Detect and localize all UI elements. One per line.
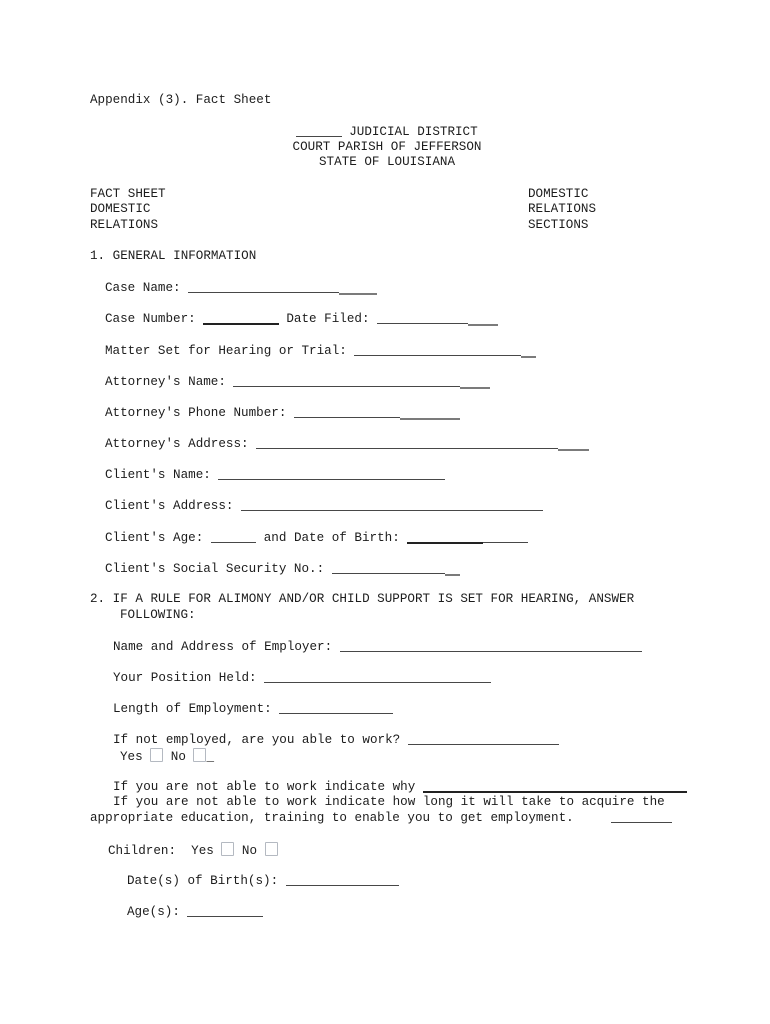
client-age-row-text: and Date of Birth:	[256, 531, 407, 545]
matter-set-line-tail[interactable]	[521, 344, 536, 358]
attorney-phone-row-text: Attorney's Phone Number:	[105, 406, 294, 420]
header-columns-row-2-text: DOMESTIC	[90, 202, 150, 216]
able-yes-checkbox[interactable]	[150, 748, 163, 762]
blank-spacer-row	[90, 857, 684, 873]
matter-set-line[interactable]	[354, 343, 520, 356]
case-number-row-text: Date Filed:	[279, 312, 377, 326]
header-columns-row-1-right: DOMESTIC	[528, 187, 588, 203]
position-row-text: Your Position Held:	[113, 671, 264, 685]
blank-spacer-row	[90, 545, 684, 561]
judicial-district-line-text: JUDICIAL DISTRICT	[342, 125, 478, 139]
client-dob-line[interactable]	[407, 530, 483, 544]
court-parish-line: COURT PARISH OF JEFFERSON	[90, 140, 684, 156]
employer-row-text: Name and Address of Employer:	[113, 640, 340, 654]
client-name-line[interactable]	[218, 467, 445, 480]
header-columns-row-2: DOMESTICRELATIONS	[90, 202, 684, 218]
blank-spacer-row	[90, 327, 684, 343]
date-filed-line[interactable]	[377, 311, 468, 324]
blank-spacer-row	[90, 623, 684, 639]
section-1-heading: 1. GENERAL INFORMATION	[90, 249, 684, 265]
able-to-work-yes-no-row: Yes No _	[90, 748, 684, 764]
blank-spacer-row	[90, 764, 684, 780]
court-parish-line-text: COURT PARISH OF JEFFERSON	[293, 140, 482, 154]
ages-row: Age(s):	[90, 904, 684, 920]
client-age-line[interactable]	[211, 530, 256, 543]
attorney-phone-line-tail[interactable]	[400, 406, 460, 420]
blank-spacer-row	[90, 420, 684, 436]
client-age-row: Client's Age: and Date of Birth:	[90, 530, 684, 546]
blank-spacer-row	[90, 358, 684, 374]
able-to-work-row: If not employed, are you able to work?	[90, 732, 684, 748]
attorney-phone-line[interactable]	[294, 405, 400, 418]
attorney-address-line[interactable]	[256, 436, 558, 449]
case-name-row-text: Case Name:	[105, 281, 188, 295]
employer-line[interactable]	[340, 639, 642, 652]
ages-row-text: Age(s):	[127, 905, 187, 919]
blank-spacer-row	[90, 265, 684, 281]
dates-of-birth-line[interactable]	[286, 873, 399, 886]
case-number-row-text: Case Number:	[105, 312, 203, 326]
dates-of-birth-row-text: Date(s) of Birth(s):	[127, 874, 286, 888]
blank-spacer-row	[90, 826, 684, 842]
header-columns-row-2-right: RELATIONS	[528, 202, 596, 218]
client-ssn-row: Client's Social Security No.:	[90, 561, 684, 577]
employer-row: Name and Address of Employer:	[90, 639, 684, 655]
client-dob-line-tail[interactable]	[483, 530, 528, 543]
date-filed-line-tail[interactable]	[468, 312, 498, 326]
client-address-row: Client's Address:	[90, 498, 684, 514]
header-columns-row-3-text: RELATIONS	[90, 218, 158, 232]
blank-spacer-row	[90, 576, 684, 592]
able-to-work-yes-no-row-text: Yes	[120, 750, 150, 764]
client-address-line[interactable]	[241, 498, 543, 511]
blank-spacer-row	[90, 233, 684, 249]
able-no-checkbox[interactable]	[193, 748, 206, 762]
client-name-row-text: Client's Name:	[105, 468, 218, 482]
state-line: STATE OF LOUISIANA	[90, 155, 684, 171]
client-ssn-line[interactable]	[332, 561, 445, 574]
attorney-address-row-text: Attorney's Address:	[105, 437, 256, 451]
blank-spacer-row	[90, 296, 684, 312]
appendix-title: Appendix (3). Fact Sheet	[90, 93, 684, 109]
children-row-text: No	[234, 844, 264, 858]
appendix-title-text: Appendix (3). Fact Sheet	[90, 93, 271, 107]
attorney-phone-row: Attorney's Phone Number:	[90, 405, 684, 421]
header-columns-row-3: RELATIONSSECTIONS	[90, 218, 684, 234]
section-2-heading-cont-text: FOLLOWING:	[120, 608, 196, 622]
attorney-address-row: Attorney's Address:	[90, 436, 684, 452]
education-time-line[interactable]	[611, 810, 671, 823]
employment-length-row-text: Length of Employment:	[113, 702, 279, 716]
matter-set-row-text: Matter Set for Hearing or Trial:	[105, 344, 354, 358]
education-time-row-text: appropriate education, training to enabl…	[90, 811, 611, 825]
able-to-work-line[interactable]	[408, 732, 559, 745]
attorney-name-line-tail[interactable]	[460, 375, 490, 389]
blank-spacer-row	[90, 686, 684, 702]
blank-spacer-row	[90, 171, 684, 187]
children-row-text: Children: Yes	[108, 844, 221, 858]
not-able-why-line[interactable]	[423, 779, 688, 793]
not-able-how-long-row-text: If you are not able to work indicate how…	[113, 795, 665, 809]
position-line[interactable]	[264, 670, 491, 683]
header-columns-row-3-right: SECTIONS	[528, 218, 588, 234]
not-able-why-row: If you are not able to work indicate why	[90, 779, 684, 795]
case-name-row: Case Name:	[90, 280, 684, 296]
case-name-line-tail[interactable]	[339, 281, 377, 295]
attorney-name-line[interactable]	[233, 374, 460, 387]
able-to-work-yes-no-row-text: No	[163, 750, 193, 764]
attorney-name-row: Attorney's Name:	[90, 374, 684, 390]
client-address-row-text: Client's Address:	[105, 499, 241, 513]
blank-spacer-row	[90, 452, 684, 468]
blank-spacer-row	[90, 717, 684, 733]
section-2-heading-cont: FOLLOWING:	[90, 608, 684, 624]
children-no-checkbox[interactable]	[265, 842, 278, 856]
employment-length-line[interactable]	[279, 701, 392, 714]
case-number-row: Case Number: Date Filed:	[90, 311, 684, 327]
ages-line[interactable]	[187, 904, 263, 917]
client-name-row: Client's Name:	[90, 467, 684, 483]
section-2-heading-text: 2. IF A RULE FOR ALIMONY AND/OR CHILD SU…	[90, 592, 634, 606]
district-number-blank-line[interactable]	[296, 124, 341, 137]
client-age-row-text: Client's Age:	[105, 531, 211, 545]
blank-spacer-row	[90, 514, 684, 530]
not-able-why-row-text: If you are not able to work indicate why	[113, 780, 423, 794]
blank-spacer-row	[90, 654, 684, 670]
section-2-heading: 2. IF A RULE FOR ALIMONY AND/OR CHILD SU…	[90, 592, 684, 608]
blank-spacer-row	[90, 389, 684, 405]
attorney-name-row-text: Attorney's Name:	[105, 375, 233, 389]
blank-spacer-row	[90, 483, 684, 499]
blank-spacer-row	[90, 109, 684, 125]
section-1-heading-text: 1. GENERAL INFORMATION	[90, 249, 256, 263]
client-ssn-line-tail[interactable]	[445, 562, 460, 576]
case-name-line[interactable]	[188, 280, 339, 293]
position-row: Your Position Held:	[90, 670, 684, 686]
dates-of-birth-row: Date(s) of Birth(s):	[90, 873, 684, 889]
attorney-address-line-tail[interactable]	[558, 437, 588, 451]
blank-spacer-row	[90, 888, 684, 904]
children-yes-checkbox[interactable]	[221, 842, 234, 856]
document-page: Appendix (3). Fact Sheet JUDICIAL DISTRI…	[0, 0, 770, 1024]
not-able-how-long-row: If you are not able to work indicate how…	[90, 795, 684, 811]
header-columns-row-1: FACT SHEETDOMESTIC	[90, 187, 684, 203]
case-number-line[interactable]	[203, 311, 279, 325]
education-time-row: appropriate education, training to enabl…	[90, 810, 684, 826]
client-ssn-row-text: Client's Social Security No.:	[105, 562, 332, 576]
judicial-district-line: JUDICIAL DISTRICT	[90, 124, 684, 140]
employment-length-row: Length of Employment:	[90, 701, 684, 717]
header-columns-row-1-text: FACT SHEET	[90, 187, 166, 201]
children-row: Children: Yes No	[90, 842, 684, 858]
able-to-work-row-text: If not employed, are you able to work?	[113, 733, 408, 747]
state-line-text: STATE OF LOUISIANA	[319, 155, 455, 169]
matter-set-row: Matter Set for Hearing or Trial:	[90, 343, 684, 359]
able-to-work-yes-no-row-text: _	[206, 750, 214, 764]
